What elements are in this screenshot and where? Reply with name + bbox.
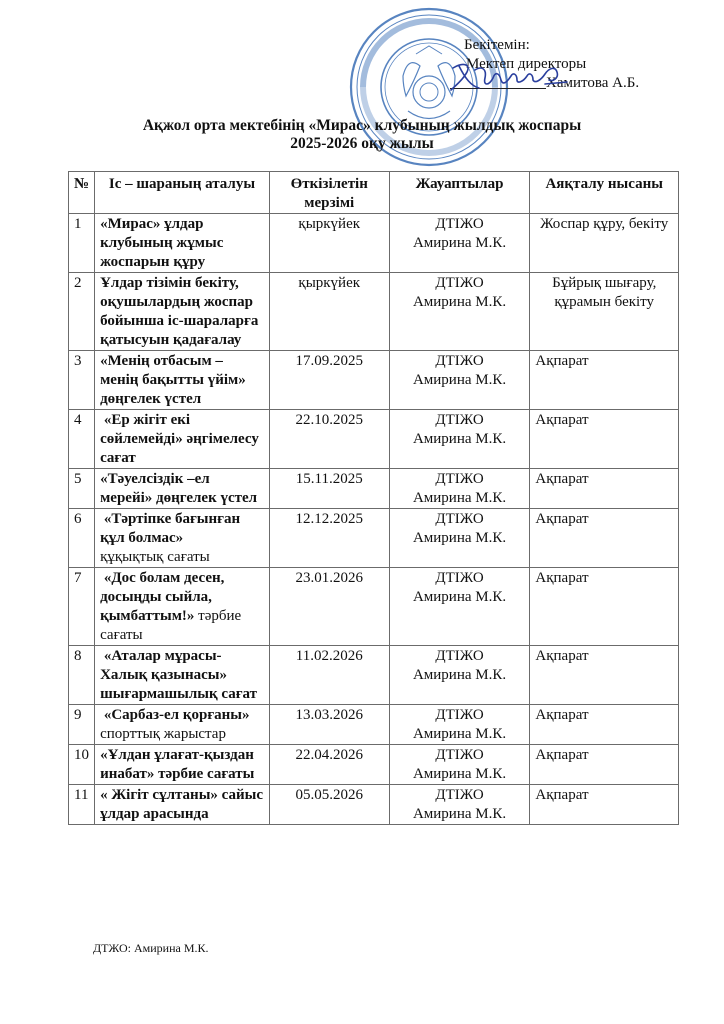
responsible: ДТІЖОАмирина М.К. xyxy=(389,351,530,410)
responsible-role: ДТІЖО xyxy=(395,215,525,234)
event-name: Ұлдар тізімін бекіту, оқушылардың жоспар… xyxy=(95,273,270,351)
document-title: Ақжол орта мектебінің «Мирас» клубының ж… xyxy=(0,117,724,153)
responsible-name: Амирина М.К. xyxy=(395,430,525,449)
responsible-role: ДТІЖО xyxy=(395,786,525,805)
completion-form: Ақпарат xyxy=(530,469,679,509)
event-date: қыркүйек xyxy=(269,273,389,351)
responsible: ДТІЖОАмирина М.К. xyxy=(389,469,530,509)
handwritten-signature-icon xyxy=(445,56,575,96)
row-number: 9 xyxy=(69,705,95,745)
responsible-name: Амирина М.К. xyxy=(395,666,525,685)
event-title: «Тәуелсіздік –ел мерейі» дөңгелек үстел xyxy=(100,471,257,506)
table-header-row: № Іс – шараның аталуы Өткізілетін мерзім… xyxy=(69,172,679,214)
completion-form: Бұйрық шығару, құрамын бекіту xyxy=(530,273,679,351)
table-row: 2Ұлдар тізімін бекіту, оқушылардың жоспа… xyxy=(69,273,679,351)
completion-form: Ақпарат xyxy=(530,705,679,745)
responsible: ДТІЖОАмирина М.К. xyxy=(389,568,530,646)
header-outcome: Аяқталу нысаны xyxy=(530,172,679,214)
event-title: «Тәртіпке бағынған құл болмас» xyxy=(100,511,244,546)
event-date: 23.01.2026 xyxy=(269,568,389,646)
responsible-name: Амирина М.К. xyxy=(395,234,525,253)
event-name: «Менің отбасым – менің бақытты үйім» дөң… xyxy=(95,351,270,410)
completion-form: Ақпарат xyxy=(530,646,679,705)
responsible-role: ДТІЖО xyxy=(395,746,525,765)
event-name: «Тәуелсіздік –ел мерейі» дөңгелек үстел xyxy=(95,469,270,509)
event-date: 22.04.2026 xyxy=(269,745,389,785)
event-type: спорттық жарыстар xyxy=(100,726,226,742)
header-number: № xyxy=(69,172,95,214)
responsible-name: Амирина М.К. xyxy=(395,725,525,744)
responsible-role: ДТІЖО xyxy=(395,470,525,489)
responsible-role: ДТІЖО xyxy=(395,411,525,430)
row-number: 11 xyxy=(69,785,95,825)
event-date: 15.11.2025 xyxy=(269,469,389,509)
table-row: 4 «Ер жігіт екі сөйлемейді» әңгімелесу с… xyxy=(69,410,679,469)
completion-form: Ақпарат xyxy=(530,509,679,568)
event-date: 22.10.2025 xyxy=(269,410,389,469)
responsible: ДТІЖОАмирина М.К. xyxy=(389,509,530,568)
completion-form: Ақпарат xyxy=(530,568,679,646)
responsible-role: ДТІЖО xyxy=(395,352,525,371)
row-number: 6 xyxy=(69,509,95,568)
row-number: 7 xyxy=(69,568,95,646)
responsible-name: Амирина М.К. xyxy=(395,489,525,508)
event-title: «Менің отбасым – менің бақытты үйім» дөң… xyxy=(100,353,249,407)
table-row: 8 «Аталар мұрасы-Халық қазынасы» шығарма… xyxy=(69,646,679,705)
event-date: 11.02.2026 xyxy=(269,646,389,705)
table-row: 7 «Дос болам десен, досыңды сыйла, қымба… xyxy=(69,568,679,646)
responsible-name: Амирина М.К. xyxy=(395,293,525,312)
annual-plan-table: № Іс – шараның аталуы Өткізілетін мерзім… xyxy=(68,171,679,825)
event-title: «Мирас» ұлдар клубының жұмыс жоспарын құ… xyxy=(100,216,227,270)
responsible-name: Амирина М.К. xyxy=(395,588,525,607)
row-number: 5 xyxy=(69,469,95,509)
event-type: құқықтық сағаты xyxy=(100,549,210,565)
footer-note: ДТЖО: Амирина М.К. xyxy=(93,941,209,956)
event-date: қыркүйек xyxy=(269,214,389,273)
completion-form: Ақпарат xyxy=(530,785,679,825)
event-name: «Аталар мұрасы-Халық қазынасы» шығармашы… xyxy=(95,646,270,705)
event-name: «Тәртіпке бағынған құл болмас»құқықтық с… xyxy=(95,509,270,568)
row-number: 10 xyxy=(69,745,95,785)
header-responsible: Жауаптылар xyxy=(389,172,530,214)
event-title: «Ұлдан ұлағат-қыздан инабат» тәрбие саға… xyxy=(100,747,258,782)
event-date: 17.09.2025 xyxy=(269,351,389,410)
responsible-name: Амирина М.К. xyxy=(395,765,525,784)
event-title: « Жігіт сұлтаны» сайыс ұлдар арасында xyxy=(100,787,267,822)
approval-heading: Бекітемін: xyxy=(460,36,639,55)
completion-form: Ақпарат xyxy=(530,745,679,785)
responsible-role: ДТІЖО xyxy=(395,647,525,666)
completion-form: Жоспар құру, бекіту xyxy=(530,214,679,273)
event-name: «Мирас» ұлдар клубының жұмыс жоспарын құ… xyxy=(95,214,270,273)
event-title: «Аталар мұрасы-Халық қазынасы» шығармашы… xyxy=(100,648,257,702)
responsible-name: Амирина М.К. xyxy=(395,371,525,390)
table-row: 11« Жігіт сұлтаны» сайыс ұлдар арасында0… xyxy=(69,785,679,825)
responsible-name: Амирина М.К. xyxy=(395,529,525,548)
event-date: 05.05.2026 xyxy=(269,785,389,825)
header-date: Өткізілетін мерзімі xyxy=(269,172,389,214)
table-row: 9 «Сарбаз-ел қорғаны»спорттық жарыстар13… xyxy=(69,705,679,745)
event-name: «Ұлдан ұлағат-қыздан инабат» тәрбие саға… xyxy=(95,745,270,785)
table-row: 5«Тәуелсіздік –ел мерейі» дөңгелек үстел… xyxy=(69,469,679,509)
row-number: 4 xyxy=(69,410,95,469)
event-date: 12.12.2025 xyxy=(269,509,389,568)
table-row: 1«Мирас» ұлдар клубының жұмыс жоспарын қ… xyxy=(69,214,679,273)
title-line-1: Ақжол орта мектебінің «Мирас» клубының ж… xyxy=(0,117,724,135)
completion-form: Ақпарат xyxy=(530,351,679,410)
row-number: 8 xyxy=(69,646,95,705)
responsible: ДТІЖОАмирина М.К. xyxy=(389,745,530,785)
row-number: 2 xyxy=(69,273,95,351)
event-title: «Сарбаз-ел қорғаны» xyxy=(100,707,249,723)
event-name: «Ер жігіт екі сөйлемейді» әңгімелесу сағ… xyxy=(95,410,270,469)
header-event-name: Іс – шараның аталуы xyxy=(95,172,270,214)
table-row: 6 «Тәртіпке бағынған құл болмас»құқықтық… xyxy=(69,509,679,568)
responsible: ДТІЖОАмирина М.К. xyxy=(389,785,530,825)
row-number: 3 xyxy=(69,351,95,410)
responsible: ДТІЖОАмирина М.К. xyxy=(389,646,530,705)
responsible-role: ДТІЖО xyxy=(395,274,525,293)
responsible: ДТІЖОАмирина М.К. xyxy=(389,705,530,745)
event-title: Ұлдар тізімін бекіту, оқушылардың жоспар… xyxy=(100,275,262,348)
responsible: ДТІЖОАмирина М.К. xyxy=(389,214,530,273)
completion-form: Ақпарат xyxy=(530,410,679,469)
title-line-2: 2025-2026 оқу жылы xyxy=(0,135,724,153)
table-row: 3«Менің отбасым – менің бақытты үйім» дө… xyxy=(69,351,679,410)
responsible-role: ДТІЖО xyxy=(395,569,525,588)
event-date: 13.03.2026 xyxy=(269,705,389,745)
table-row: 10«Ұлдан ұлағат-қыздан инабат» тәрбие са… xyxy=(69,745,679,785)
event-name: «Дос болам десен, досыңды сыйла, қымбатт… xyxy=(95,568,270,646)
responsible: ДТІЖОАмирина М.К. xyxy=(389,273,530,351)
event-name: «Сарбаз-ел қорғаны»спорттық жарыстар xyxy=(95,705,270,745)
row-number: 1 xyxy=(69,214,95,273)
responsible: ДТІЖОАмирина М.К. xyxy=(389,410,530,469)
responsible-role: ДТІЖО xyxy=(395,510,525,529)
event-title: «Ер жігіт екі сөйлемейді» әңгімелесу сағ… xyxy=(100,412,263,466)
event-name: « Жігіт сұлтаны» сайыс ұлдар арасында xyxy=(95,785,270,825)
responsible-name: Амирина М.К. xyxy=(395,805,525,824)
responsible-role: ДТІЖО xyxy=(395,706,525,725)
